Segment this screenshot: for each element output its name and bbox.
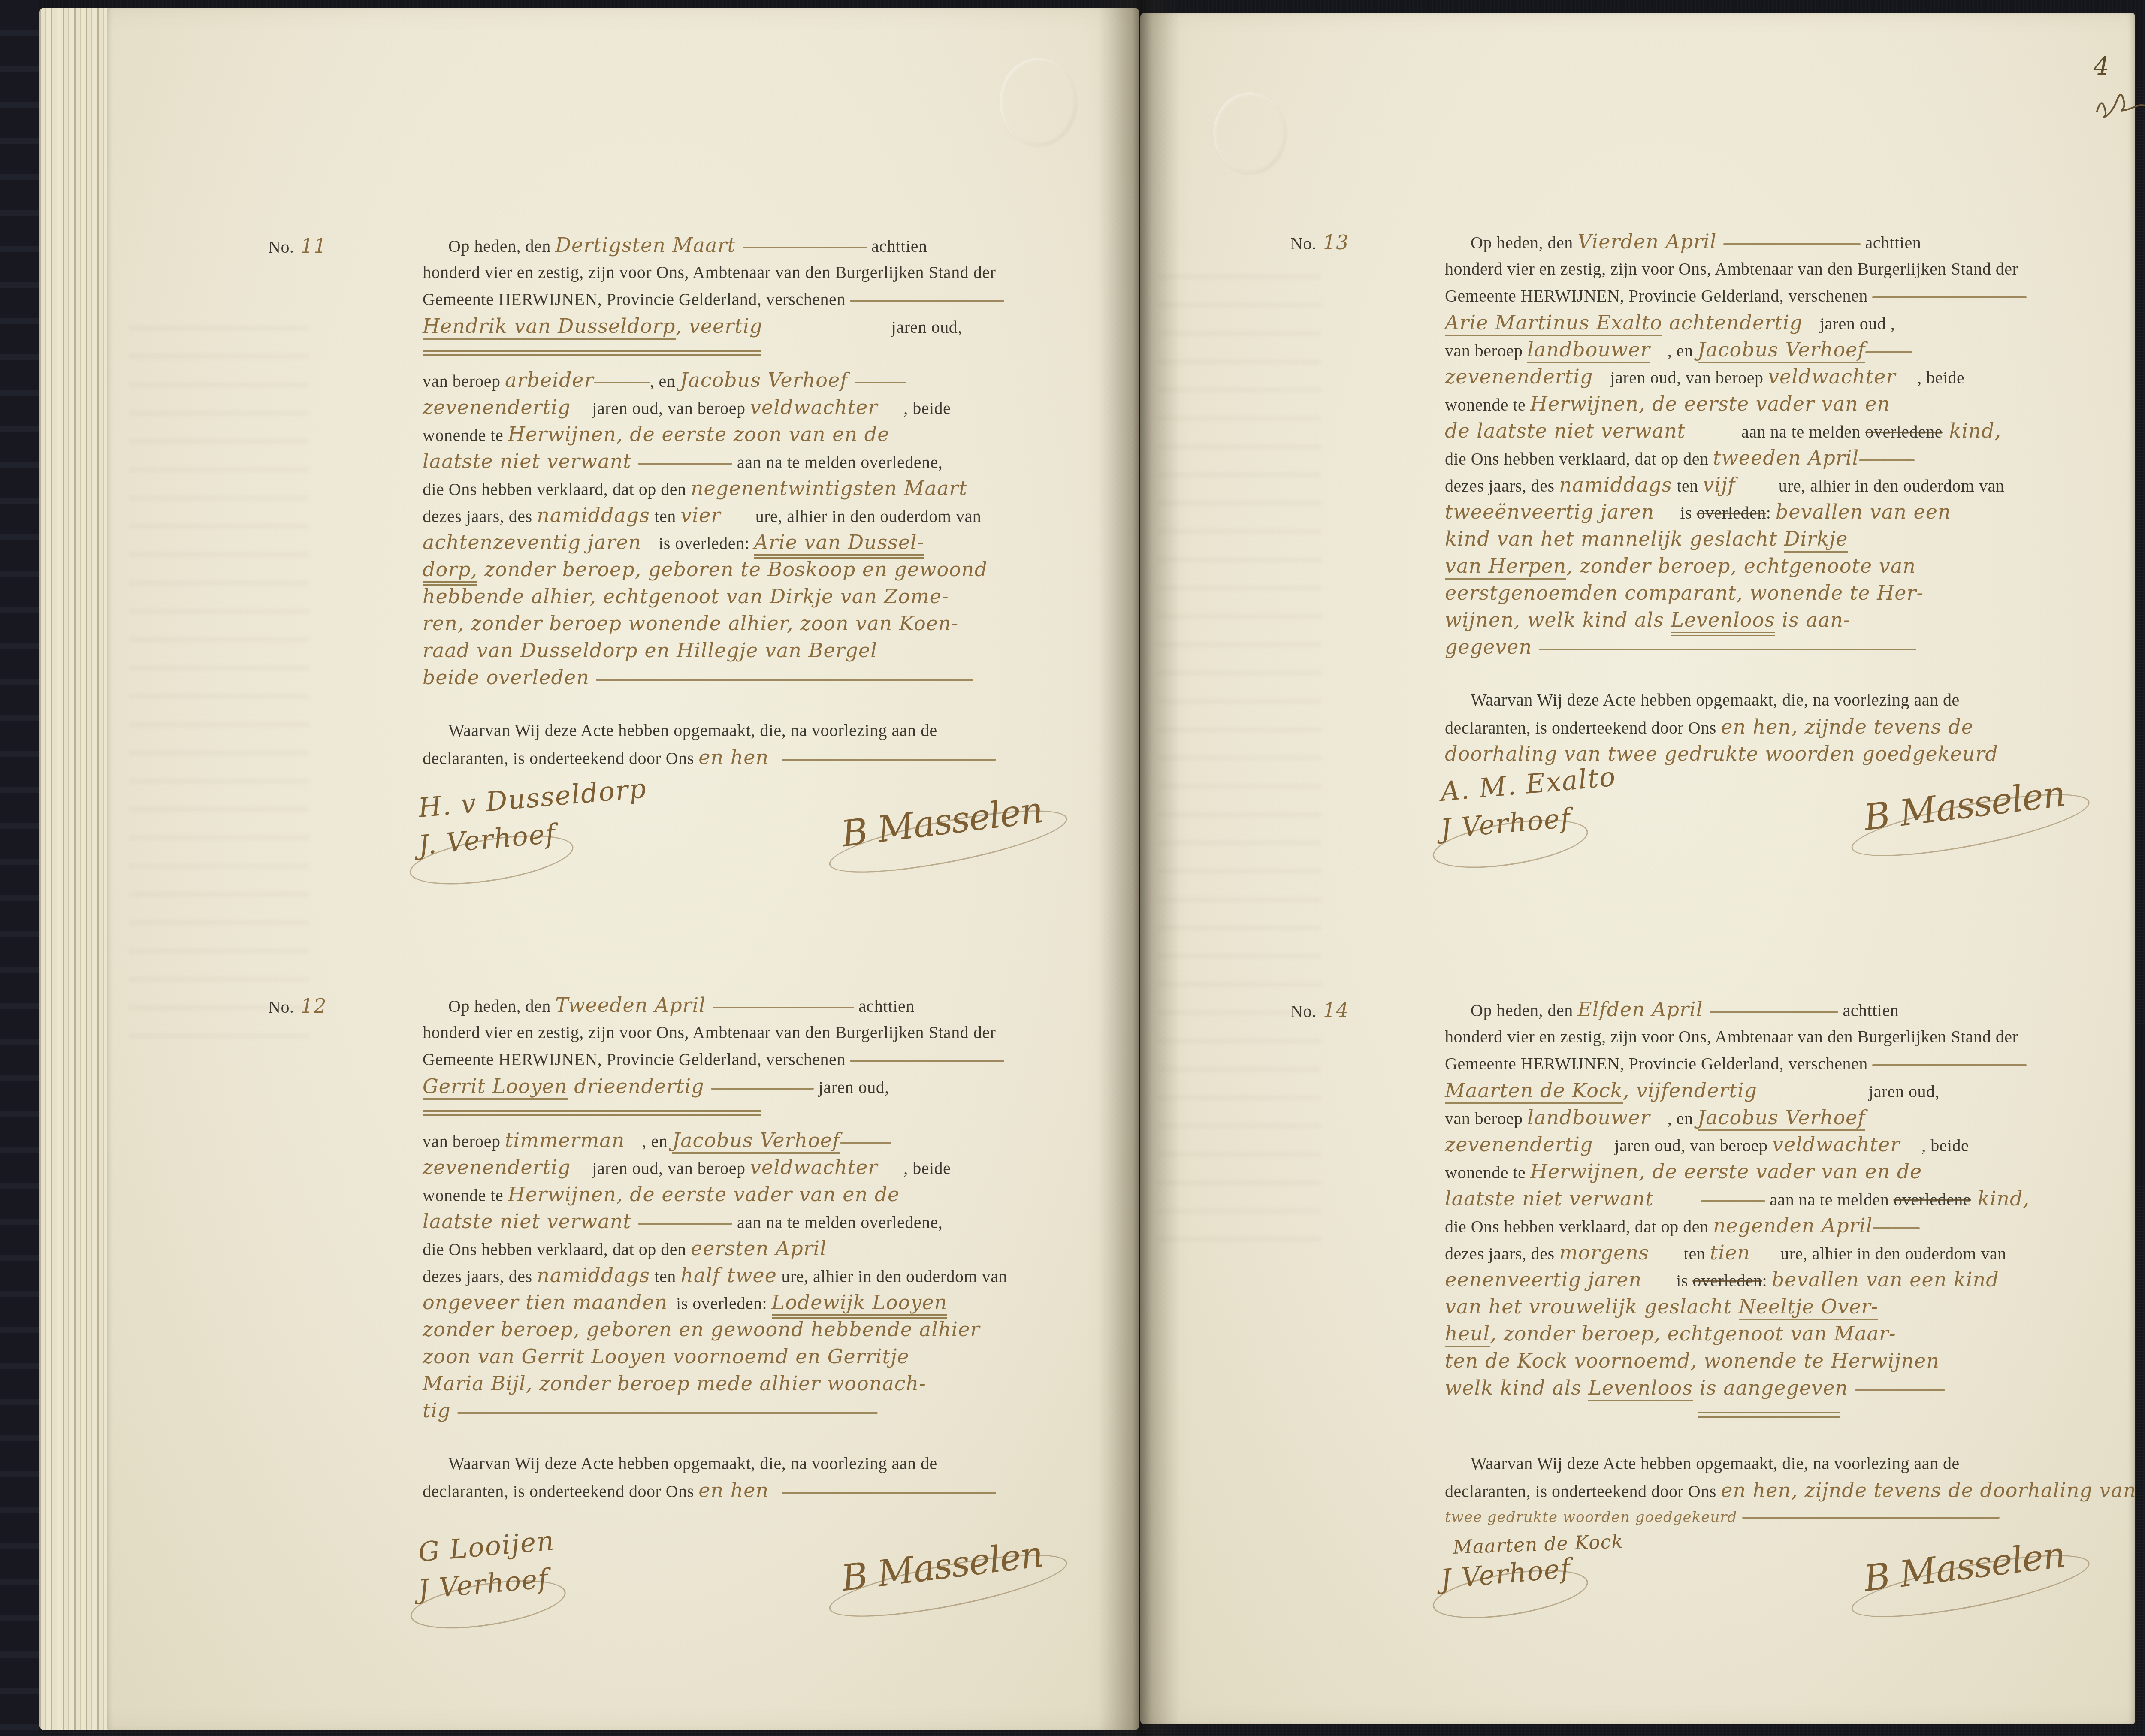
printed-text: Waarvan Wij deze Acte hebben opgemaakt, … <box>448 1454 937 1473</box>
printed-text: van beroep <box>423 371 505 391</box>
handwritten-text-underlined: Dirkje <box>1784 527 1848 553</box>
handwritten-text: en hen, zijnde tevens de doorhaling van <box>1721 1479 2136 1502</box>
act-line: dezes jaars, des namiddags ten vier ure,… <box>423 502 1070 529</box>
declarant-signatures: Maarten de KockJ Verhoef <box>1442 1534 1624 1598</box>
handwritten-text: arbeider <box>505 368 594 392</box>
printed-text: van beroep <box>423 1132 505 1151</box>
act-line: declaranten, is onderteekend door Ons en… <box>1445 713 2093 740</box>
act-line: zonder beroep, geboren en gewoond hebben… <box>423 1316 1070 1343</box>
printed-text: Gemeente HERWIJNEN, Provincie Gelderland… <box>1445 286 1872 305</box>
printed-text: ure, alhier in den ouderdom van <box>777 1267 1007 1286</box>
handwritten-text: Herwijnen, de eerste vader van en de <box>508 1183 900 1206</box>
act-number: No. 12 <box>268 994 327 1017</box>
act-line: laatste niet verwant aan na te melden ov… <box>423 1208 1070 1235</box>
handwritten-text: zevenendertig <box>1445 365 1593 388</box>
printed-text: jaren oud, van beroep <box>1610 368 1768 387</box>
ink-rule <box>638 463 732 465</box>
act-line: van beroep landbouwer, en Jacobus Verhoe… <box>1445 336 2093 363</box>
printed-text: is overleden: <box>676 1294 772 1313</box>
printed-text: ten <box>650 507 680 526</box>
act-line: Waarvan Wij deze Acte hebben opgemaakt, … <box>1445 686 2093 713</box>
printed-text: jaren oud , <box>1820 314 1895 333</box>
act-line: Arie Martinus Exalto achtendertigjaren o… <box>1445 309 2093 336</box>
handwritten-text-double-underlined: dorp, <box>423 558 477 586</box>
handwritten-text: Tweeden April <box>555 993 712 1017</box>
handwritten-text-underlined: landbouwer <box>1527 338 1650 363</box>
handwritten-text: zonder beroep, geboren te Boskoop en gew… <box>477 558 988 581</box>
ink-rule <box>855 382 906 383</box>
act-number-label: No. <box>268 997 294 1017</box>
ink-rule <box>850 1060 1004 1062</box>
printed-text-struck: overledene <box>1865 422 1942 441</box>
act-line: honderd vier en zestig, zijn voor Ons, A… <box>423 259 1070 286</box>
declarant-signatures: A. M. ExaltoJ Verhoef <box>1442 773 1618 848</box>
handwritten-text-underlined: Hendrik van Dusseldorp <box>423 314 676 340</box>
act-line: Waarvan Wij deze Acte hebben opgemaakt, … <box>423 1450 1070 1477</box>
handwritten-text: kind, <box>1971 1187 2030 1210</box>
handwritten-text: doorhaling van twee gedrukte woorden goe… <box>1445 742 1998 765</box>
printed-text: aan na te melden <box>1765 1190 1894 1209</box>
handwritten-text-underlined: Jacobus Verhoef <box>1698 338 1865 363</box>
printed-text: ten <box>650 1267 680 1286</box>
handwritten-text: Herwijnen, de eerste zoon van en de <box>508 423 890 446</box>
printed-text: die Ons hebben verklaard, dat op den <box>1445 449 1713 468</box>
ink-rule <box>596 679 973 681</box>
act-line: van beroep landbouwer, en Jacobus Verhoe… <box>1445 1104 2093 1131</box>
handwritten-text: veldwachter <box>1772 1133 1900 1156</box>
handwritten-text-underlined: Gerrit Looyen <box>423 1075 568 1100</box>
act-number-label: No. <box>1290 1002 1316 1021</box>
handwritten-text: vijf <box>1703 473 1735 496</box>
handwritten-text: half twee <box>680 1264 777 1287</box>
handwritten-text: Herwijnen, <box>1530 392 1652 415</box>
act-line <box>423 1100 1070 1127</box>
act-line: dezes jaars, des namiddags ten half twee… <box>423 1262 1070 1289</box>
printed-text: : <box>1766 503 1776 522</box>
ink-rule <box>1701 1200 1765 1202</box>
printed-text: , beide <box>1917 368 1964 387</box>
handwritten-text: namiddags <box>1559 473 1672 496</box>
declarant-signatures: G LooijenJ Verhoef <box>420 1534 557 1609</box>
page-edge-stack <box>39 8 112 1730</box>
handwritten-text: wijnen, welk kind als <box>1445 608 1671 631</box>
act-line: Maarten de Kock, vijfendertigjaren oud, <box>1445 1077 2093 1104</box>
printed-text: ure, alhier in den ouderdom van <box>1776 1244 2006 1263</box>
printed-text: honderd vier en zestig, zijn voor Ons, A… <box>1445 1027 2018 1046</box>
ink-rule <box>711 1088 814 1090</box>
handwritten-text: en hen, zijnde tevens de <box>1721 715 1973 738</box>
struck-blank-rule <box>423 350 761 357</box>
handwritten-text: raad van Dusseldorp en Hillegje van Berg… <box>423 639 877 662</box>
ink-rule <box>840 1142 891 1144</box>
printed-text: jaren oud, <box>1869 1082 1940 1101</box>
handwritten-text: namiddags <box>537 1264 650 1287</box>
ink-rule <box>1872 296 2027 298</box>
printed-text: Waarvan Wij deze Acte hebben opgemaakt, … <box>448 721 937 740</box>
handwritten-text: achtendertig <box>1662 311 1803 334</box>
printed-text: ure, alhier in den ouderdom van <box>751 507 981 526</box>
act-line: laatste niet verwant aan na te melden ov… <box>423 448 1070 475</box>
handwritten-text: zevenendertig <box>1445 1133 1593 1156</box>
printed-text: ten <box>1679 1244 1710 1263</box>
handwritten-text-underlined: Jacobus Verhoef <box>672 1129 840 1154</box>
handwritten-text-underlined: Maarten de Kock <box>1445 1079 1623 1104</box>
official-signature: B Masselen <box>839 1533 1045 1600</box>
printed-text: wonende te <box>423 1186 508 1205</box>
printed-text: is overleden: <box>659 534 754 553</box>
act-line: kind van het mannelijk geslacht Dirkje <box>1445 525 2093 553</box>
act-line: Op heden, den Tweeden April achttien <box>423 992 1070 1019</box>
handwritten-text: Maria Bijl, zonder beroep mede alhier wo… <box>423 1372 926 1395</box>
act-line: eerstgenoemden comparant, wonende te Her… <box>1445 580 2093 607</box>
handwritten-text: tweeënveertig jaren <box>1445 500 1654 523</box>
handwritten-text: , vijfendertig <box>1623 1079 1757 1102</box>
act-line: ten de Kock voornoemd, wonende te Herwij… <box>1445 1347 2093 1374</box>
printed-text: declaranten, is onderteekend door Ons <box>423 749 698 768</box>
act-line: de laatste niet verwantaan na te melden … <box>1445 417 2093 444</box>
handwritten-text: eenenveertig jaren <box>1445 1268 1642 1291</box>
handwritten-text: bevallen van een kind <box>1772 1268 1999 1291</box>
act-line: Hendrik van Dusseldorp, veertigjaren oud… <box>423 313 1070 340</box>
ink-rule <box>743 247 867 248</box>
printed-text: , en <box>650 371 680 391</box>
act-line: ongeveer tien maandenis overleden: Lodew… <box>423 1289 1070 1316</box>
printed-text: declaranten, is onderteekend door Ons <box>1445 718 1721 737</box>
act-line: honderd vier en zestig, zijn voor Ons, A… <box>1445 1023 2093 1050</box>
act-line <box>423 340 1070 367</box>
act-line: wonende te Herwijnen, de eerste vader va… <box>423 1181 1070 1208</box>
printed-text: Gemeente HERWIJNEN, Provincie Gelderland… <box>1445 1054 1872 1073</box>
act-line: tig <box>423 1397 1070 1424</box>
act-line: hebbende alhier, echtgenoot van Dirkje v… <box>423 583 1070 610</box>
printed-text: jaren oud, van beroep <box>592 399 750 418</box>
printed-text: van beroep <box>1445 1109 1527 1128</box>
handwritten-text: bevallen van een <box>1776 500 1951 523</box>
death-act-11: No. 11Op heden, den Dertigsten Maart ach… <box>423 232 1070 931</box>
ink-rule <box>1742 1517 2000 1519</box>
handwritten-text: , zonder beroep, echtgenoote van <box>1566 554 1916 577</box>
handwritten-text: veldwachter <box>750 396 878 419</box>
printed-text: achttien <box>867 236 927 256</box>
act-line <box>1445 1401 2093 1428</box>
handwritten-text: drieendertig <box>568 1075 711 1098</box>
printed-text: jaren oud, <box>891 317 962 337</box>
printed-text-struck: overledene <box>1894 1190 1971 1209</box>
handwritten-text: Maar- <box>1834 1322 1896 1345</box>
declarant-signatures: H. v DusseldorpJ. Verhoef <box>420 790 649 864</box>
handwritten-text: ten de Kock voornoemd, wonende te Herwij… <box>1445 1349 1940 1372</box>
printed-text: Waarvan Wij deze Acte hebben opgemaakt, … <box>1471 690 1960 709</box>
printed-text: : <box>1762 1271 1772 1290</box>
handwritten-text-double-underlined: Levenloos <box>1671 608 1775 636</box>
ink-rule <box>1872 1064 2027 1066</box>
act-line: ren, zonder beroep wonende alhier, zoon … <box>423 610 1070 637</box>
ink-rule <box>1723 243 1861 245</box>
act-line: Gemeente HERWIJNEN, Provincie Gelderland… <box>1445 282 2093 309</box>
handwritten-text: zonder beroep, geboren en gewoond hebben… <box>423 1318 980 1341</box>
act-line: laatste niet verwant aan na te melden ov… <box>1445 1185 2093 1212</box>
printed-text: Op heden, den <box>448 996 555 1016</box>
printed-text: aan na te melden <box>1741 422 1865 441</box>
printed-text: honderd vier en zestig, zijn voor Ons, A… <box>423 263 996 282</box>
printed-text: , beide <box>903 1159 951 1178</box>
handwritten-text: de eerste vader van en <box>1652 392 1890 415</box>
handwritten-text-underlined: Levenloos <box>1588 1376 1692 1401</box>
act-line: eenenveertig jarenis overleden: bevallen… <box>1445 1266 2093 1293</box>
official-signature: B Masselen <box>1861 1534 2067 1600</box>
handwritten-text: timmerman <box>505 1129 625 1152</box>
printed-text: Gemeente HERWIJNEN, Provincie Gelderland… <box>423 1050 850 1069</box>
act-number: No. 14 <box>1290 999 1349 1022</box>
handwritten-text-double-underlined: Arie van Dussel- <box>754 531 924 559</box>
register-book-spread: 4 No. 11Op heden, den Dertigsten Maart a… <box>0 0 2145 1736</box>
handwritten-text: kind, <box>1943 419 2001 442</box>
ink-showthrough-left <box>129 326 309 1055</box>
handwritten-text: Herwijnen, de eerste vader van en de <box>1530 1160 1922 1183</box>
act-line: van het vrouwelijk geslacht Neeltje Over… <box>1445 1293 2093 1320</box>
handwritten-text-double-underlined: Lodewijk Looyen <box>772 1291 948 1319</box>
act-line: zevenendertigjaren oud, van beroep veldw… <box>1445 363 2093 390</box>
act-line: twee gedrukte woorden goedgekeurd <box>1445 1504 2093 1531</box>
handwritten-text: Elfden April <box>1577 998 1710 1021</box>
printed-text: Op heden, den <box>1471 1001 1577 1020</box>
printed-text: die Ons hebben verklaard, dat op den <box>423 1240 691 1259</box>
ink-rule <box>638 1223 732 1225</box>
handwritten-text: is aangegeven <box>1693 1376 1855 1399</box>
act-number-value: 14 <box>1316 999 1349 1022</box>
handwritten-text: Vierden April <box>1577 230 1723 253</box>
act-line: zevenendertigjaren oud, van beroep veldw… <box>1445 1131 2093 1158</box>
printed-text: ten <box>1672 476 1703 495</box>
handwritten-text: hebbende alhier, echtgenoot van Dirkje v… <box>423 585 949 608</box>
printed-text: declaranten, is onderteekend door Ons <box>1445 1482 1721 1501</box>
act-line: achtenzeventig jarenis overleden: Arie v… <box>423 529 1070 556</box>
ink-rule <box>1873 1227 1920 1229</box>
struck-blank-rule <box>1698 1412 1840 1419</box>
act-line: Gemeente HERWIJNEN, Provincie Gelderland… <box>423 286 1070 313</box>
handwritten-text: zevenendertig <box>423 1156 571 1179</box>
act-line: tweeënveertig jarenis overleden: bevalle… <box>1445 498 2093 525</box>
act-line: Maria Bijl, zonder beroep mede alhier wo… <box>423 1370 1070 1397</box>
act-line: wijnen, welk kind als Levenloos is aan- <box>1445 607 2093 634</box>
act-line: wonende te Herwijnen, de eerste zoon van… <box>423 421 1070 448</box>
handwritten-text: ren, zonder beroep wonende alhier, zoon … <box>423 612 958 635</box>
handwritten-text: laatste niet verwant <box>1445 1187 1654 1210</box>
printed-text: die Ons hebben verklaard, dat op den <box>1445 1217 1713 1236</box>
signature-block: A. M. ExaltoJ VerhoefB Masselen <box>1445 773 2093 915</box>
printed-text: wonende te <box>1445 395 1530 414</box>
printed-text: Waarvan Wij deze Acte hebben opgemaakt, … <box>1471 1454 1960 1473</box>
act-number: No. 11 <box>268 234 327 257</box>
printed-text: dezes jaars, des <box>423 507 537 526</box>
handwritten-text: en hen <box>698 1479 769 1502</box>
handwritten-note: twee gedrukte woorden goedgekeurd <box>1445 1509 1742 1526</box>
act-line: Op heden, den Elfden April achttien <box>1445 996 2093 1023</box>
death-act-12: No. 12Op heden, den Tweeden April achtti… <box>423 992 1070 1676</box>
act-line: welk kind als Levenloos is aangegeven <box>1445 1374 2093 1401</box>
handwritten-text: laatste niet verwant <box>423 450 638 473</box>
printed-text: Gemeente HERWIJNEN, Provincie Gelderland… <box>423 290 850 309</box>
ink-rule <box>1710 1011 1838 1013</box>
death-act-14: No. 14Op heden, den Elfden April achttie… <box>1445 996 2093 1676</box>
handwritten-text: morgens <box>1559 1241 1649 1264</box>
printed-text: , en <box>1668 1109 1698 1128</box>
act-line: beide overleden <box>423 664 1070 691</box>
handwritten-text: negenentwintigsten Maart <box>691 477 967 500</box>
printed-text-struck: overleden <box>1697 503 1766 522</box>
act-line: Op heden, den Dertigsten Maart achttien <box>423 232 1070 259</box>
act-line: declaranten, is onderteekend door Ons en… <box>423 744 1070 771</box>
handwritten-text: , veertig <box>676 314 763 338</box>
printed-text: , en <box>1668 341 1698 360</box>
act-line: wonende te Herwijnen, de eerste vader va… <box>1445 1158 2093 1185</box>
embossed-seal-right <box>1213 92 1286 174</box>
death-act-13: No. 13Op heden, den Vierden April achtti… <box>1445 228 2093 915</box>
handwritten-text: kind van het mannelijk geslacht <box>1445 527 1784 550</box>
handwritten-text: de laatste niet verwant <box>1445 419 1686 442</box>
act-line: dorp, zonder beroep, geboren te Boskoop … <box>423 556 1070 583</box>
handwritten-text: zoon van Gerrit Looyen voornoemd en Gerr… <box>423 1345 909 1368</box>
act-line: Waarvan Wij deze Acte hebben opgemaakt, … <box>1445 1450 2093 1477</box>
handwritten-text: tien <box>1710 1241 1750 1264</box>
handwritten-text: namiddags <box>537 504 650 527</box>
registrar-paraph-mark <box>2094 86 2145 124</box>
handwritten-text: welk kind als <box>1445 1376 1588 1399</box>
act-line: doorhaling van twee gedrukte woorden goe… <box>1445 740 2093 767</box>
act-line: gegeven <box>1445 634 2093 661</box>
handwritten-text: is aan- <box>1775 608 1851 631</box>
act-number-label: No. <box>1290 234 1316 253</box>
handwritten-text: achtenzeventig jaren <box>423 531 641 554</box>
printed-text-struck: overleden <box>1692 1271 1762 1290</box>
act-line: Waarvan Wij deze Acte hebben opgemaakt, … <box>423 717 1070 744</box>
act-line: zoon van Gerrit Looyen voornoemd en Gerr… <box>423 1343 1070 1370</box>
printed-text: wonende te <box>423 426 508 445</box>
handwritten-text: negenden April <box>1713 1214 1873 1237</box>
printed-text: is <box>1676 1271 1692 1290</box>
handwritten-text-underlined: Arie Martinus Exalto <box>1445 311 1662 336</box>
printed-text: jaren oud, van beroep <box>1614 1136 1772 1155</box>
act-line: van Herpen, zonder beroep, echtgenoote v… <box>1445 553 2093 580</box>
printed-text: die Ons hebben verklaard, dat op den <box>423 480 691 499</box>
act-line: die Ons hebben verklaard, dat op den twe… <box>1445 444 2093 471</box>
act-line: die Ons hebben verklaard, dat op den eer… <box>423 1235 1070 1262</box>
handwritten-text: , zonder beroep, echtgenoot van <box>1490 1322 1834 1345</box>
act-line: honderd vier en zestig, zijn voor Ons, A… <box>423 1019 1070 1046</box>
handwritten-text: veldwachter <box>750 1156 878 1179</box>
handwritten-text: tweeden April <box>1713 446 1859 469</box>
act-line: zevenendertigjaren oud, van beroep veldw… <box>423 394 1070 421</box>
printed-text: aan na te melden overledene, <box>732 453 943 472</box>
act-line: heul, zonder beroep, echtgenoot van Maar… <box>1445 1320 2093 1347</box>
handwritten-text: eersten April <box>691 1237 827 1260</box>
act-line: declaranten, is onderteekend door Ons en… <box>1445 1477 2093 1504</box>
handwritten-text: veldwachter <box>1768 365 1896 388</box>
handwritten-text: en hen <box>698 746 769 769</box>
handwritten-text: Dertigsten Maart <box>555 233 742 257</box>
handwritten-text: Jacobus Verhoef <box>680 368 855 392</box>
ink-rule <box>782 759 996 761</box>
act-line: van beroep timmerman, en Jacobus Verhoef <box>423 1127 1070 1154</box>
handwritten-text: landbouwer <box>1527 1106 1650 1129</box>
printed-text: , en <box>642 1132 672 1151</box>
printed-text: , beide <box>903 399 951 418</box>
handwritten-text: laatste niet verwant <box>423 1210 638 1233</box>
printed-text: achttien <box>1861 233 1921 252</box>
act-number-value: 12 <box>294 994 326 1017</box>
printed-text: dezes jaars, des <box>1445 1244 1559 1263</box>
handwritten-text: vier <box>680 504 721 527</box>
printed-text: declaranten, is onderteekend door Ons <box>423 1482 698 1501</box>
ink-showthrough-right <box>1158 275 1321 1261</box>
printed-text: jaren oud, <box>814 1078 889 1097</box>
handwritten-text: tig <box>423 1399 457 1422</box>
handwritten-text: beide overleden <box>423 666 596 689</box>
printed-text: van beroep <box>1445 341 1527 360</box>
handwritten-text-underlined: heul <box>1445 1322 1490 1347</box>
ink-rule <box>1539 649 1916 650</box>
handwritten-text: eerstgenoemden comparant, wonende te Her… <box>1445 581 1924 604</box>
act-line: van beroep arbeider, en Jacobus Verhoef <box>423 367 1070 394</box>
ink-rule <box>713 1007 854 1008</box>
act-number-label: No. <box>268 237 294 257</box>
act-line: honderd vier en zestig, zijn voor Ons, A… <box>1445 255 2093 282</box>
signature-block: G LooijenJ VerhoefB Masselen <box>423 1534 1070 1676</box>
printed-text: honderd vier en zestig, zijn voor Ons, A… <box>1445 259 2018 278</box>
handwritten-text: van het vrouwelijk geslacht <box>1445 1295 1739 1318</box>
act-line: Gerrit Looyen drieendertig jaren oud, <box>423 1073 1070 1100</box>
act-number-value: 11 <box>294 234 326 257</box>
act-line: dezes jaars, des morgens ten tien ure, a… <box>1445 1239 2093 1266</box>
signature-block: H. v DusseldorpJ. VerhoefB Masselen <box>423 790 1070 931</box>
printed-text: achttien <box>854 996 915 1016</box>
act-line: raad van Dusseldorp en Hillegje van Berg… <box>423 637 1070 664</box>
act-line: Gemeente HERWIJNEN, Provincie Gelderland… <box>423 1046 1070 1073</box>
ink-rule <box>782 1492 996 1494</box>
act-line: die Ons hebben verklaard, dat op den neg… <box>423 475 1070 502</box>
ink-rule <box>1859 459 1915 461</box>
act-line: wonende te Herwijnen, de eerste vader va… <box>1445 390 2093 417</box>
printed-text: achttien <box>1838 1001 1899 1020</box>
act-line: zevenendertigjaren oud, van beroep veldw… <box>423 1154 1070 1181</box>
printed-text: Op heden, den <box>448 236 555 256</box>
act-line: Gemeente HERWIJNEN, Provincie Gelderland… <box>1445 1050 2093 1077</box>
handwritten-text-underlined: van Herpen <box>1445 554 1566 580</box>
ink-rule <box>1865 351 1912 353</box>
official-signature: B Masselen <box>839 789 1045 855</box>
act-line: declaranten, is onderteekend door Ons en… <box>423 1477 1070 1504</box>
signature-block: Maarten de KockJ VerhoefB Masselen <box>1445 1534 2093 1676</box>
page-number: 4 <box>2094 51 2109 81</box>
printed-text: aan na te melden overledene, <box>732 1213 943 1232</box>
printed-text: , beide <box>1921 1136 1969 1155</box>
printed-text: honderd vier en zestig, zijn voor Ons, A… <box>423 1023 996 1042</box>
act-number: No. 13 <box>1290 231 1349 254</box>
ink-rule <box>594 382 650 383</box>
printed-text: is <box>1680 503 1696 522</box>
embossed-seal-left <box>1000 58 1077 146</box>
handwritten-text-underlined: Jacobus Verhoef <box>1698 1106 1865 1131</box>
handwritten-text: ongeveer tien maanden <box>423 1291 668 1314</box>
ink-rule <box>457 1412 878 1414</box>
handwritten-text-underlined: Neeltje Over- <box>1739 1295 1878 1320</box>
book-spine <box>0 0 39 1736</box>
printed-text: ure, alhier in den ouderdom van <box>1774 476 2004 495</box>
official-signature: B Masselen <box>1861 773 2067 839</box>
ink-rule <box>1855 1389 1945 1391</box>
handwritten-text: zevenendertig <box>423 396 571 419</box>
printed-text: wonende te <box>1445 1163 1530 1182</box>
